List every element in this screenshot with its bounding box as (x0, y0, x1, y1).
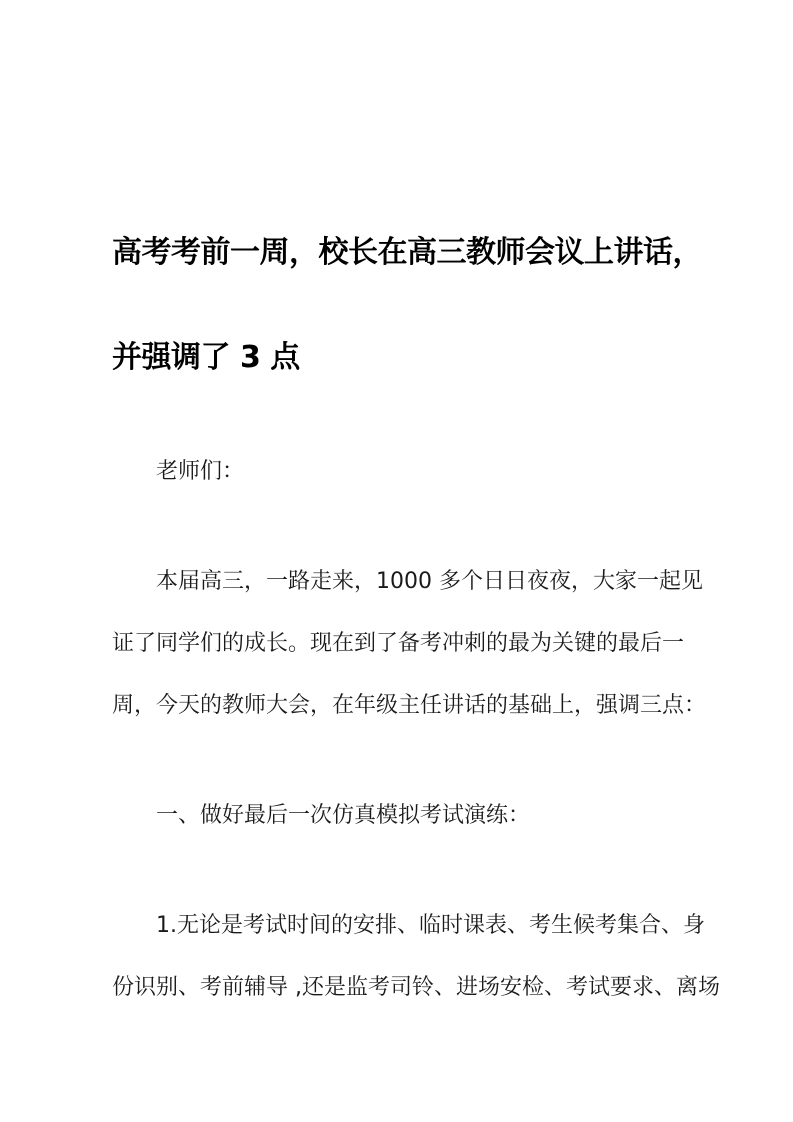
text-line: 老师们： (112, 441, 712, 503)
text-line: 一、做好最后一次仿真模拟考试演练： (112, 785, 712, 847)
text-line: 证了同学们的成长。现在到了备考冲刺的最为关键的最后一 (112, 613, 712, 675)
paragraphs: 老师们：本届高三，一路走来，1000 多个日日夜夜，大家一起见证了同学们的成长。… (112, 441, 712, 1019)
text-line: 1.无论是考试时间的安排、临时课表、考生候考集合、身 (112, 895, 712, 957)
text-line: 周，今天的教师大会，在年级主任讲话的基础上，强调三点： (112, 675, 712, 737)
document-body: 高考考前一周，校长在高三教师会议上讲话，并强调了 3 点 老师们：本届高三，一路… (112, 200, 712, 1019)
title-line: 并强调了 3 点 (112, 305, 712, 410)
title-line: 高考考前一周，校长在高三教师会议上讲话， (112, 200, 712, 305)
paragraph: 1.无论是考试时间的安排、临时课表、考生候考集合、身份识别、考前辅导 ,还是监考… (112, 895, 712, 1019)
paragraph: 老师们： (112, 441, 712, 503)
document-title: 高考考前一周，校长在高三教师会议上讲话，并强调了 3 点 (112, 200, 712, 410)
document-page: 高考考前一周，校长在高三教师会议上讲话，并强调了 3 点 老师们：本届高三，一路… (0, 0, 793, 1122)
paragraph: 本届高三，一路走来，1000 多个日日夜夜，大家一起见证了同学们的成长。现在到了… (112, 551, 712, 737)
text-line: 份识别、考前辅导 ,还是监考司铃、进场安检、考试要求、离场 (112, 957, 712, 1019)
text-line: 本届高三，一路走来，1000 多个日日夜夜，大家一起见 (112, 551, 712, 613)
paragraph: 一、做好最后一次仿真模拟考试演练： (112, 785, 712, 847)
